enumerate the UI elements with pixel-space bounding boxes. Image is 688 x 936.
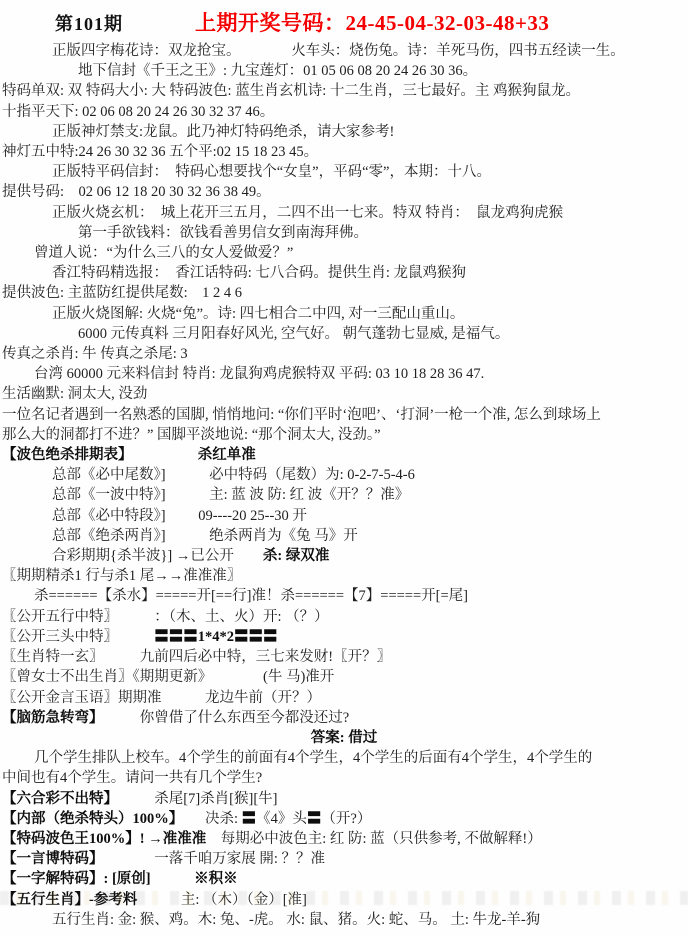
text-segment: 香江特码精选报： 香江话特码: 七八合码。提供生肖: 龙鼠鸡猴狗 (52, 265, 466, 281)
text-line: 提供号码: 02 06 12 18 20 30 32 36 38 49。 (0, 182, 688, 202)
text-line: 传真之杀肖: 牛 传真之杀尾: 3 (0, 344, 688, 364)
text-line: 几个学生排队上校车。4个学生的前面有4个学生，4个学生的后面有4个学生，4个学生… (0, 748, 688, 768)
tip-sheet-page: 第101期 上期开奖号码：24-45-04-32-03-48+33 正版四字梅花… (0, 0, 688, 936)
text-line: 【一言博特码】 一落千咱万家展 開: ？？准 (0, 849, 688, 869)
text-line: 生活幽默: 洞太大, 没劲 (0, 384, 688, 404)
text-segment: 你曾借了什么东西至今都没还过? (96, 710, 349, 726)
text-segment: 【特码波色王100%】! →准准准 (2, 831, 206, 847)
text-segment: 【一字解特码】: [原创] (2, 871, 151, 887)
text-segment: 中间也有4个学生。请问一共有几个学生? (2, 770, 262, 786)
page-header: 第101期 上期开奖号码：24-45-04-32-03-48+33 (0, 0, 688, 39)
text-segment: 地下信封《千王之王》: 九宝莲灯：01 05 06 08 20 24 26 30… (78, 63, 477, 79)
text-segment: 提供波色: 主蓝防红提供尾数: 1 2 4 6 (2, 285, 242, 301)
text-segment: 神灯五中特:24 26 30 32 36 五个平:02 15 18 23 45。 (2, 144, 318, 160)
text-line: 正版火烧玄机： 城上花开三五月，二四不出一七来。特双 特肖： 鼠龙鸡狗虎猴 (0, 203, 688, 223)
text-segment (125, 447, 198, 463)
text-line: 杀======【杀水】=====开[==行]准！杀======【7】=====开… (0, 586, 688, 606)
text-line: 总部《绝杀两肖》] 绝杀两肖为《兔 马》开 (0, 526, 688, 546)
text-segment: 总部《绝杀两肖》] 绝杀两肖为《兔 马》开 (52, 528, 358, 544)
text-line: 答案: 借过 (0, 728, 688, 748)
text-segment: 杀: 绿双准 (263, 548, 329, 564)
text-line: 中间也有4个学生。请问一共有几个学生? (0, 768, 688, 788)
text-line: 一位名记者遇到一名熟悉的国脚, 悄悄地问: “你们平时‘泡吧’、‘打洞’一枪一个… (0, 405, 688, 425)
text-segment: 【五行生肖】-参考料 (2, 892, 137, 908)
text-line: 〖公开三头中特〗 〓〓〓1*4*2〓〓〓 (0, 627, 688, 647)
text-line: 〖生肖特一玄〗 九前四后必中特，三七来发财!〖开？〗 (0, 647, 688, 667)
text-segment: 五行生肖: 金: 猴、鸡。木: 兔、-虎。 水: 鼠、猪。火: 蛇、马。 土: … (52, 912, 540, 928)
text-line: 神灯五中特:24 26 30 32 36 五个平:02 15 18 23 45。 (0, 142, 688, 162)
text-lines: 正版四字梅花诗：双龙抢宝。 火车头：烧伤兔。诗：羊死马伤，四书五经读一生。地下信… (0, 39, 688, 930)
text-segment: 曾道人说：“为什么三八的女人爱做爱？” (34, 245, 293, 261)
text-segment: 《4》头 (256, 811, 307, 827)
text-line: 〖公开金言玉语〗期期准 龙边牛前（开？） (0, 688, 688, 708)
text-segment: 台湾 60000 元来料信封 特肖: 龙鼠狗鸡虎猴特双 平码: 03 10 18… (34, 366, 484, 382)
previous-draw-numbers: 上期开奖号码：24-45-04-32-03-48+33 (195, 7, 549, 37)
text-segment: 〖公开三头中特〗 (2, 629, 154, 645)
text-segment: 生活幽默: 洞太大, 没劲 (2, 386, 147, 402)
text-segment: 正版火烧图解: 火烧“兔”。诗: 四七相合二中四, 对一三配山重山。 (52, 306, 464, 322)
text-line: 总部《必中尾数》] 必中特码（尾数）为: 0-2-7-5-4-6 (0, 465, 688, 485)
text-segment: 决杀: (176, 811, 242, 827)
text-line: 台湾 60000 元来料信封 特肖: 龙鼠狗鸡虎猴特双 平码: 03 10 18… (0, 364, 688, 384)
text-segment: 几个学生排队上校车。4个学生的前面有4个学生，4个学生的后面有4个学生，4个学生… (34, 750, 592, 766)
text-line: 曾道人说：“为什么三八的女人爱做爱？” (0, 243, 688, 263)
text-line: 【特码波色王100%】! →准准准 每期必中波色主: 红 防: 蓝（只供参考, … (0, 829, 688, 849)
text-segment: 总部《一波中特》] 主: 蓝 波 防: 红 波《开？？准》 (52, 487, 409, 503)
text-segment: （开?） (321, 811, 371, 827)
text-line: 总部《必中特段》] 09----20 25--30 开 (0, 506, 688, 526)
text-segment: 正版火烧玄机： 城上花开三五月，二四不出一七来。特双 特肖： 鼠龙鸡狗虎猴 (52, 205, 563, 221)
text-line: 【五行生肖】-参考料 主: （木）（金）[准] (0, 890, 688, 910)
text-segment: 〖公开五行中特〗 ：（木、土、火）开: （？） (2, 609, 329, 625)
text-segment: 第一手欲钱料：欲钱看善男信女到南海拜佛。 (78, 225, 368, 241)
text-segment: 【内部（绝杀特头）100%】 (2, 811, 176, 827)
text-segment: 十指平天下: 02 06 08 20 24 26 30 32 37 46。 (2, 104, 274, 120)
text-segment: ※积※ (151, 871, 238, 887)
text-line: 第一手欲钱料：欲钱看善男信女到南海拜佛。 (0, 223, 688, 243)
text-segment: 〖公开金言玉语〗期期准 龙边牛前（开？） (2, 690, 321, 706)
issue-number: 第101期 (55, 10, 123, 36)
text-line: 正版火烧图解: 火烧“兔”。诗: 四七相合二中四, 对一三配山重山。 (0, 304, 688, 324)
text-segment: 6000 元传真料 三月阳春好风光, 空气好。 朝气蓬勃七显威, 是福气。 (78, 326, 509, 342)
text-line: 正版特平码信封： 特码心想要找个“女皇”，平码“零”，本期：十八。 (0, 162, 688, 182)
text-line: 〖公开五行中特〗 ：（木、土、火）开: （？） (0, 607, 688, 627)
text-segment: 传真之杀肖: 牛 传真之杀尾: 3 (2, 346, 188, 362)
text-segment: 〓〓〓1*4*2〓〓〓 (154, 629, 277, 645)
text-line: 合彩期期{杀半波}] →已公开 杀: 绿双准 (0, 546, 688, 566)
text-segment: 提供号码: 02 06 12 18 20 30 32 36 38 49。 (2, 184, 271, 200)
text-line: 【波色绝杀排期表】 杀红单准 (0, 445, 688, 465)
text-line: 总部《一波中特》] 主: 蓝 波 防: 红 波《开？？准》 (0, 485, 688, 505)
text-segment: 总部《必中特段》] 09----20 25--30 开 (52, 508, 307, 524)
text-line: 〖曾女士不出生肖〗《期期更新》 (牛 马)准开 (0, 667, 688, 687)
text-line: 【内部（绝杀特头）100%】 决杀: 〓《4》头〓（开?） (0, 809, 688, 829)
text-line: 特码单双: 双 特码大小: 大 特码波色: 蓝生肖玄机诗: 十二生肖，三七最好。… (0, 81, 688, 101)
text-segment: 一落千咱万家展 開: ？？准 (96, 851, 325, 867)
text-segment: 杀尾[7]杀肖[猴][牛] (111, 791, 278, 807)
text-line: 正版四字梅花诗：双龙抢宝。 火车头：烧伤兔。诗：羊死马伤，四书五经读一生。 (0, 41, 688, 61)
text-segment: 每期必中波色主: 红 防: 蓝（只供参考, 不做解释!） (206, 831, 542, 847)
text-line: 【脑筋急转弯】 你曾借了什么东西至今都没还过? (0, 708, 688, 728)
text-line: 正版神灯禁支:龙鼠。此乃神灯特码绝杀，请大家参考! (0, 122, 688, 142)
text-segment: 〖期期精杀1 行与杀1 尾→→准准准〗 (2, 568, 241, 584)
text-segment: 答案: 借过 (311, 730, 377, 746)
text-line: 那么大的洞都打不进？” 国脚平淡地说: “那个洞太大, 没劲。” (0, 425, 688, 445)
text-segment: 主: （木）（金）[准] (137, 892, 307, 908)
text-segment: 杀======【杀水】=====开[==行]准！杀======【7】=====开… (34, 588, 468, 604)
text-segment: 正版四字梅花诗：双龙抢宝。 火车头：烧伤兔。诗：羊死马伤，四书五经读一生。 (52, 43, 625, 59)
text-segment: 合彩期期{杀半波}] →已公开 (52, 548, 263, 564)
text-line: 〖期期精杀1 行与杀1 尾→→准准准〗 (0, 566, 688, 586)
text-segment: 杀红单准 (198, 447, 256, 463)
text-segment: 【一言博特码】 (2, 851, 96, 867)
text-line: 香江特码精选报： 香江话特码: 七八合码。提供生肖: 龙鼠鸡猴狗 (0, 263, 688, 283)
text-segment: 【波色绝杀排期表】 (2, 447, 125, 463)
text-segment: 总部《必中尾数》] 必中特码（尾数）为: 0-2-7-5-4-6 (52, 467, 415, 483)
text-segment: 〓 (242, 811, 257, 827)
text-line: 【六合彩不出特】 杀尾[7]杀肖[猴][牛] (0, 789, 688, 809)
text-segment: 〓 (307, 811, 322, 827)
text-line: 6000 元传真料 三月阳春好风光, 空气好。 朝气蓬勃七显威, 是福气。 (0, 324, 688, 344)
text-segment: 正版特平码信封： 特码心想要找个“女皇”，平码“零”，本期：十八。 (52, 164, 491, 180)
text-segment: 正版神灯禁支:龙鼠。此乃神灯特码绝杀，请大家参考! (52, 124, 394, 140)
text-segment: 〖生肖特一玄〗 九前四后必中特，三七来发财!〖开？〗 (2, 649, 391, 665)
text-segment: 【六合彩不出特】 (2, 791, 111, 807)
text-segment: 那么大的洞都打不进？” 国脚平淡地说: “那个洞太大, 没劲。” (2, 427, 381, 443)
text-line: 地下信封《千王之王》: 九宝莲灯：01 05 06 08 20 24 26 30… (0, 61, 688, 81)
text-segment: 【脑筋急转弯】 (2, 710, 96, 726)
text-segment: 特码单双: 双 特码大小: 大 特码波色: 蓝生肖玄机诗: 十二生肖，三七最好。… (2, 83, 580, 99)
text-line: 五行生肖: 金: 猴、鸡。木: 兔、-虎。 水: 鼠、猪。火: 蛇、马。 土: … (0, 910, 688, 930)
text-segment: 〖曾女士不出生肖〗《期期更新》 (牛 马)准开 (2, 669, 334, 685)
text-segment: 一位名记者遇到一名熟悉的国脚, 悄悄地问: “你们平时‘泡吧’、‘打洞’一枪一个… (2, 407, 601, 423)
text-line: 【一字解特码】: [原创] ※积※ (0, 869, 688, 889)
text-line: 提供波色: 主蓝防红提供尾数: 1 2 4 6 (0, 283, 688, 303)
text-line: 十指平天下: 02 06 08 20 24 26 30 32 37 46。 (0, 102, 688, 122)
